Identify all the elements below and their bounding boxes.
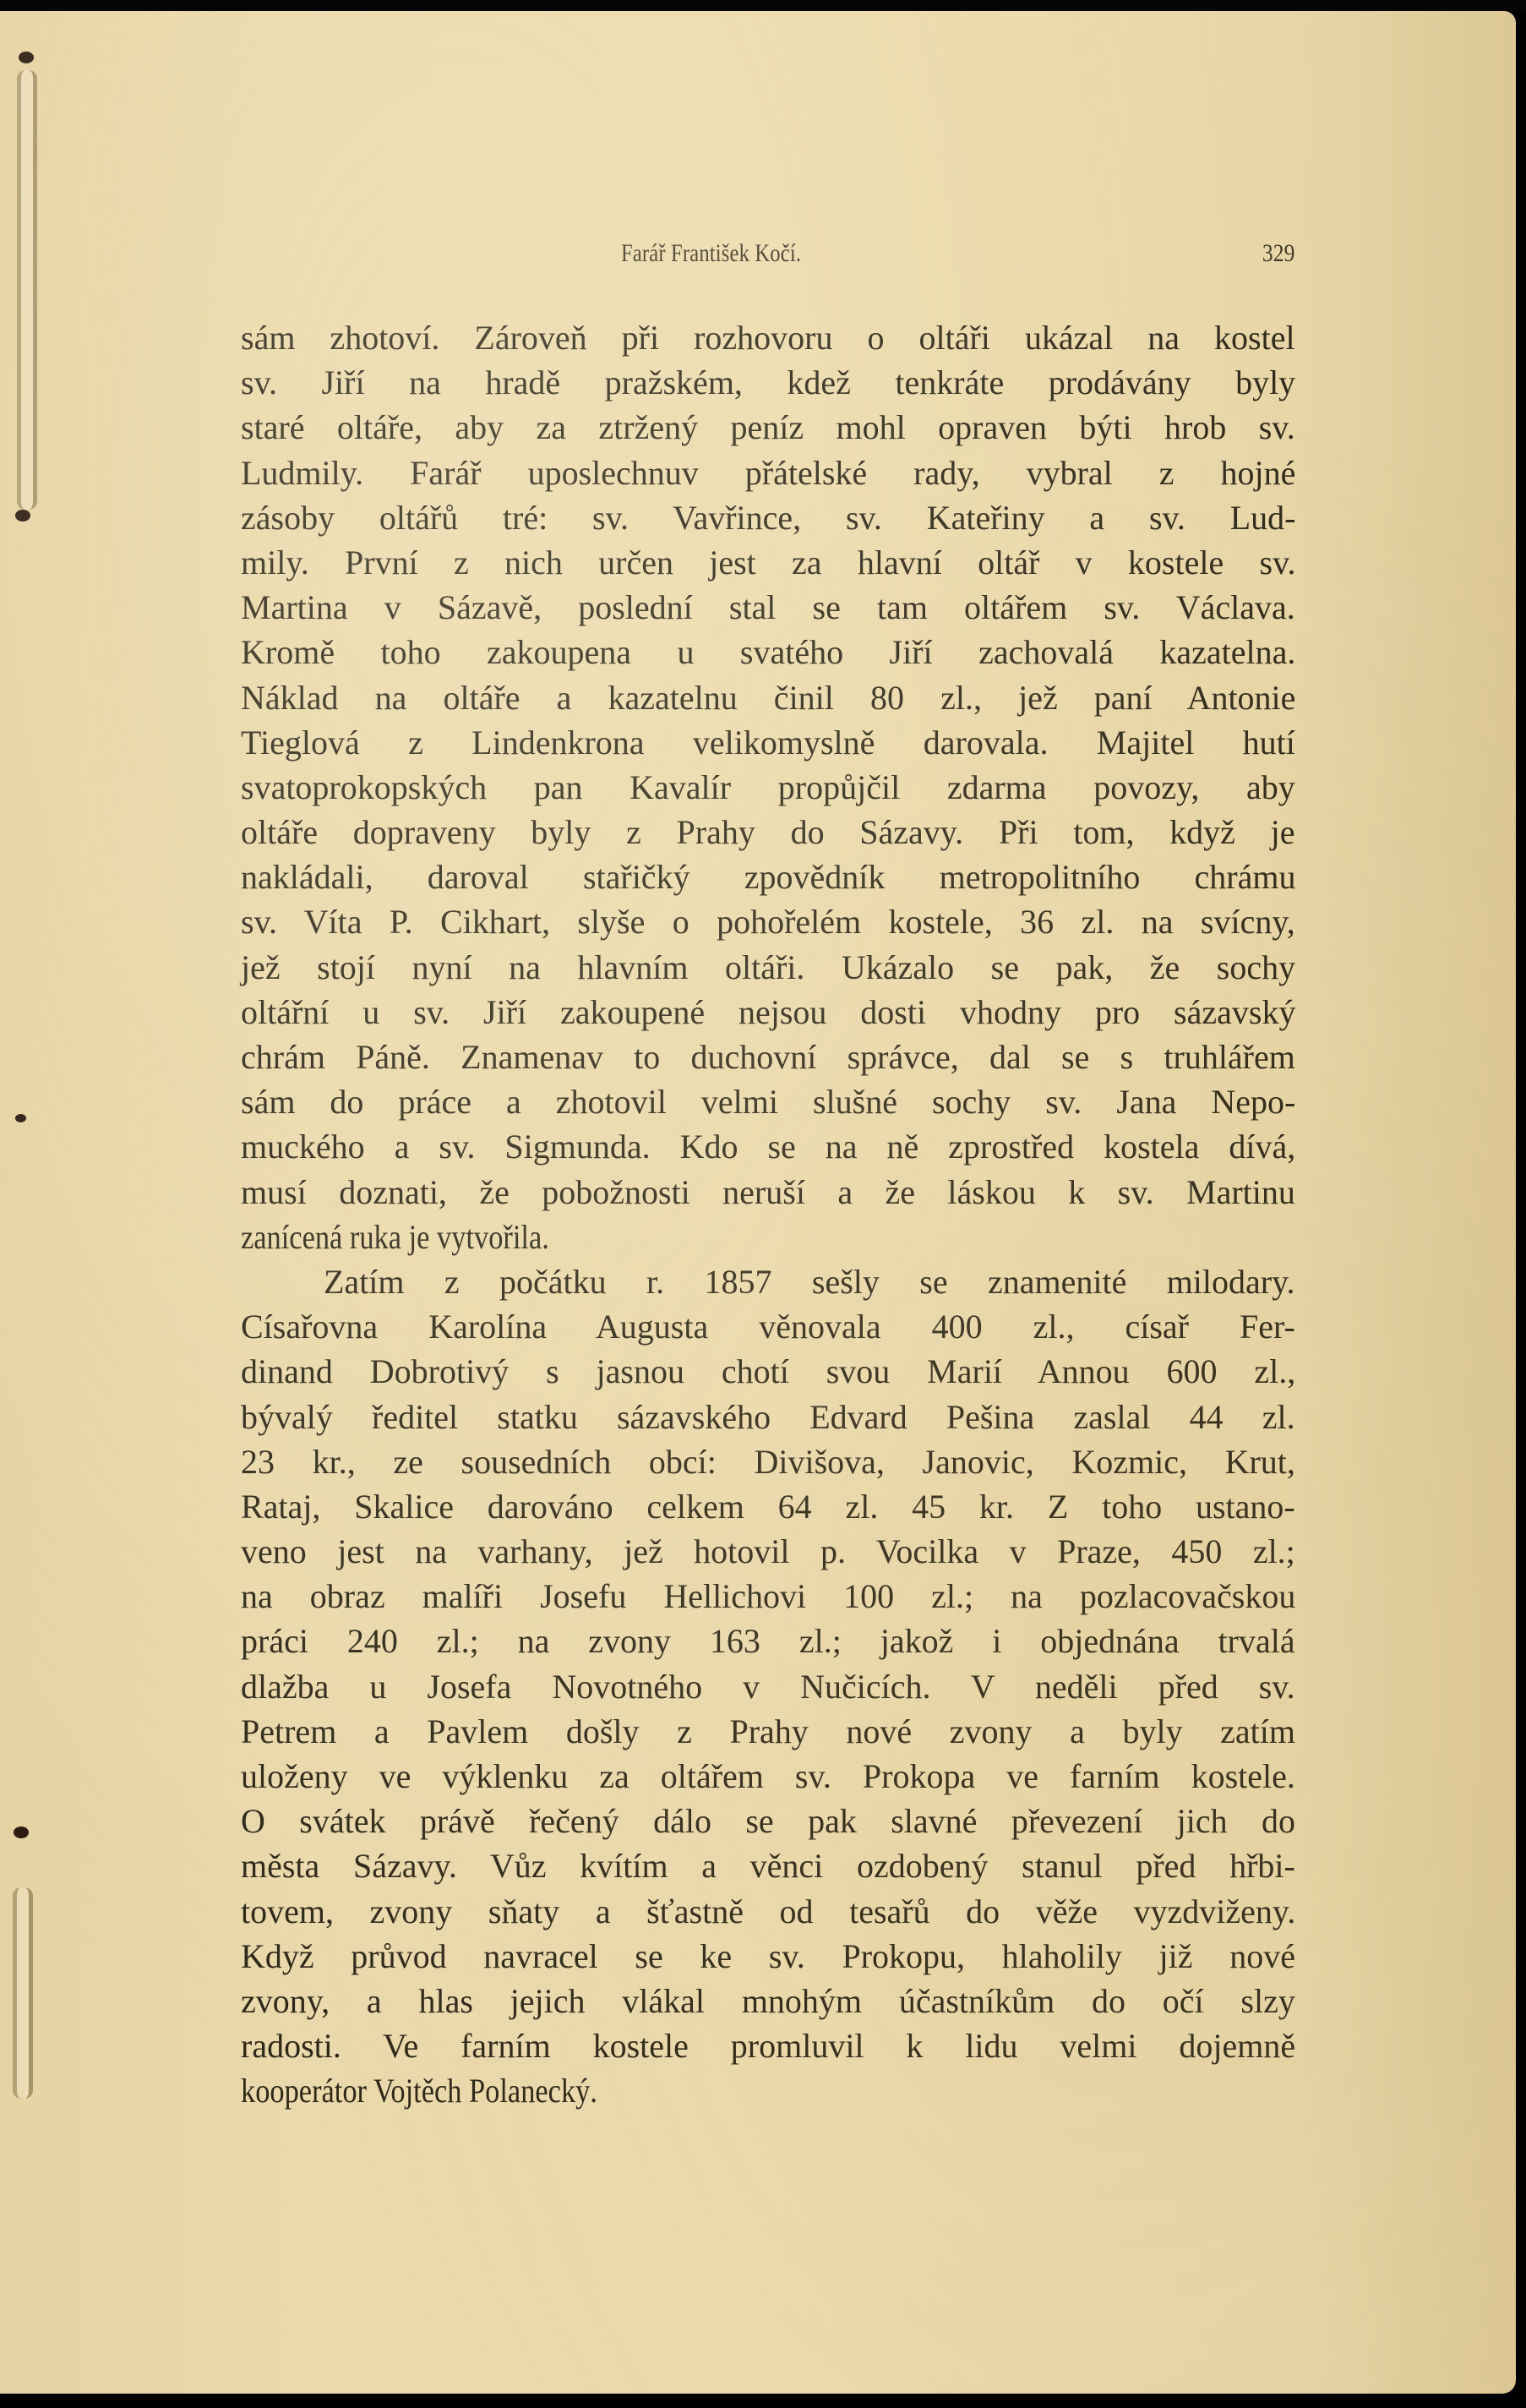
binding-hole-icon xyxy=(15,510,30,521)
text-line: dlažba u Josefa Novotného v Nučicích. V … xyxy=(241,1664,1295,1709)
text-line: O svátek právě řečený dálo se pak slavné… xyxy=(241,1799,1295,1843)
text-line: Rataj, Skalice darováno celkem 64 zl. 45… xyxy=(241,1484,1295,1529)
text-line: zásoby oltářů tré: sv. Vavřince, sv. Kat… xyxy=(241,495,1295,540)
text-line: radosti. Ve farním kostele promluvil k l… xyxy=(241,2023,1295,2068)
text-line: sv. Jiří na hradě pražském, kdež tenkrát… xyxy=(241,360,1295,405)
text-line: na obraz malíři Josefu Hellichovi 100 zl… xyxy=(241,1574,1295,1619)
text-line: Martina v Sázavě, poslední stal se tam o… xyxy=(241,585,1295,630)
text-line: zvony, a hlas jejich vlákal mnohým účast… xyxy=(241,1979,1295,2023)
text-line: 23 kr., ze sousedních obcí: Divišova, Ja… xyxy=(241,1439,1295,1484)
text-line: oltáře dopraveny byly z Prahy do Sázavy.… xyxy=(241,810,1295,855)
binding-thread-lower xyxy=(13,1887,33,2099)
text-line: Náklad na oltáře a kazatelnu činil 80 zl… xyxy=(241,675,1295,720)
text-line: tovem, zvony sňaty a šťastně od tesařů d… xyxy=(241,1889,1295,1934)
text-line: muckého a sv. Sigmunda. Kdo se na ně zpr… xyxy=(241,1124,1295,1169)
text-line: města Sázavy. Vůz kvítím a věnci ozdoben… xyxy=(241,1843,1295,1888)
text-line: práci 240 zl.; na zvony 163 zl.; jakož i… xyxy=(241,1619,1295,1663)
text-line: zanícená ruka je vytvořila. xyxy=(241,1215,1295,1259)
text-line: svatoprokopských pan Kavalír propůjčil z… xyxy=(241,765,1295,810)
binding-hole-icon xyxy=(14,1826,29,1838)
text-line: nakládali, daroval stařičký zpovědník me… xyxy=(241,855,1295,899)
text-line: mily. První z nich určen jest za hlavní … xyxy=(241,540,1295,585)
binding-hole-icon xyxy=(19,52,34,63)
running-head: Farář František Kočí. 329 xyxy=(241,239,1295,273)
text-line: staré oltáře, aby za ztržený peníz mohl … xyxy=(241,405,1295,450)
text-line: musí doznati, že pobožnosti neruší a že … xyxy=(241,1170,1295,1215)
binding-thread-upper xyxy=(17,70,37,510)
text-line: Když průvod navracel se ke sv. Prokopu, … xyxy=(241,1934,1295,1979)
text-line: sám do práce a zhotovil velmi slušné soc… xyxy=(241,1079,1295,1124)
text-line: bývalý ředitel statku sázavského Edvard … xyxy=(241,1395,1295,1439)
text-line: Ludmily. Farář uposlechnuv přátelské rad… xyxy=(241,450,1295,495)
scan-border-top xyxy=(0,0,1526,11)
text-line: uloženy ve výklenku za oltářem sv. Proko… xyxy=(241,1754,1295,1799)
text-line: sám zhotoví. Zároveň při rozhovoru o olt… xyxy=(241,315,1295,360)
book-page: Farář František Kočí. 329 sám zhotoví. Z… xyxy=(0,11,1516,2394)
text-line: jež stojí nyní na hlavním oltáři. Ukázal… xyxy=(241,945,1295,990)
text-line: Zatím z počátku r. 1857 sešly se znameni… xyxy=(241,1259,1295,1304)
text-line: Císařovna Karolína Augusta věnovala 400 … xyxy=(241,1304,1295,1349)
page-number: 329 xyxy=(1262,239,1295,268)
paragraph-1: sám zhotoví. Zároveň při rozhovoru o olt… xyxy=(241,315,1295,1259)
text-line: Tieglová z Lindenkrona velikomyslně daro… xyxy=(241,720,1295,765)
text-line: dinand Dobrotivý s jasnou chotí svou Mar… xyxy=(241,1349,1295,1394)
body-text: sám zhotoví. Zároveň při rozhovoru o olt… xyxy=(241,315,1295,2114)
running-head-title: Farář František Kočí. xyxy=(621,239,801,268)
text-line: veno jest na varhany, jež hotovil p. Voc… xyxy=(241,1529,1295,1574)
text-line: kooperátor Vojtěch Polanecký. xyxy=(241,2068,1295,2113)
text-line: Kromě toho zakoupena u svatého Jiří zach… xyxy=(241,630,1295,674)
text-line: oltářní u sv. Jiří zakoupené nejsou dost… xyxy=(241,990,1295,1035)
binding-hole-icon xyxy=(15,1114,26,1122)
text-line: sv. Víta P. Cikhart, slyše o pohořelém k… xyxy=(241,899,1295,944)
text-line: Petrem a Pavlem došly z Prahy nové zvony… xyxy=(241,1709,1295,1754)
paragraph-2: Zatím z počátku r. 1857 sešly se znameni… xyxy=(241,1259,1295,2114)
text-line: chrám Páně. Znamenav to duchovní správce… xyxy=(241,1035,1295,1079)
